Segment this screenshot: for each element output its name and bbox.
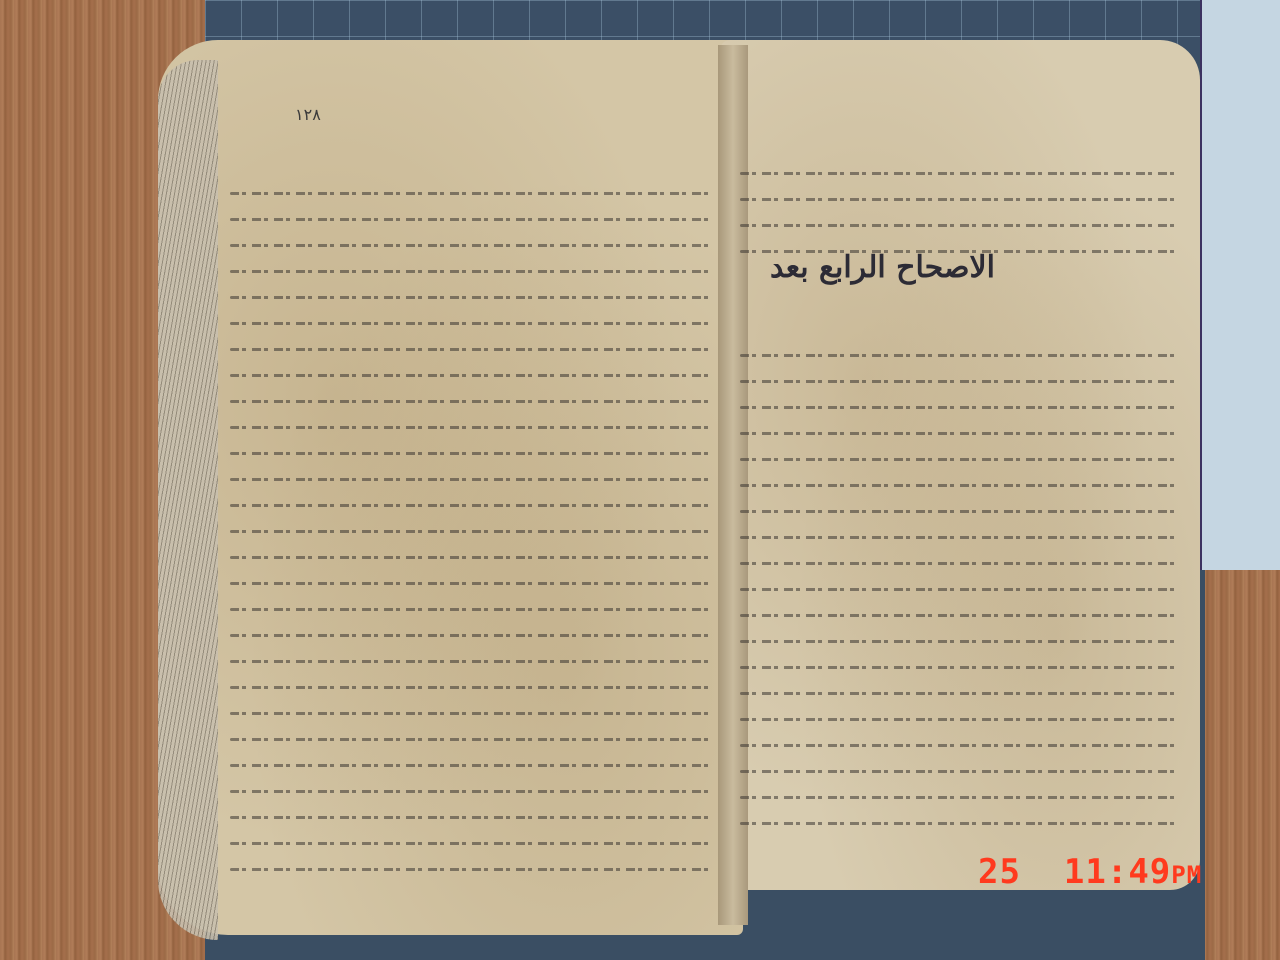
manuscript-line — [230, 206, 710, 232]
manuscript-line — [740, 784, 1180, 810]
manuscript-line — [740, 368, 1180, 394]
manuscript-line — [230, 726, 710, 752]
manuscript-line — [230, 284, 710, 310]
manuscript-line — [740, 238, 1180, 264]
manuscript-line — [230, 414, 710, 440]
left-page-text — [230, 180, 710, 882]
manuscript-line — [230, 674, 710, 700]
manuscript-line — [230, 310, 710, 336]
manuscript-line — [740, 446, 1180, 472]
manuscript-line — [740, 602, 1180, 628]
manuscript-line — [230, 544, 710, 570]
manuscript-line — [230, 492, 710, 518]
manuscript-line — [230, 648, 710, 674]
manuscript-line — [230, 804, 710, 830]
manuscript-line — [230, 622, 710, 648]
manuscript-line — [740, 732, 1180, 758]
manuscript-line — [230, 466, 710, 492]
manuscript-line — [740, 758, 1180, 784]
page-edges — [158, 60, 218, 940]
manuscript-line — [230, 336, 710, 362]
manuscript-line — [740, 212, 1180, 238]
manuscript-line — [740, 524, 1180, 550]
manuscript-line — [230, 856, 710, 882]
manuscript-line — [740, 628, 1180, 654]
timestamp-day: 25 — [978, 852, 1021, 892]
manuscript-line — [230, 232, 710, 258]
manuscript-line — [740, 706, 1180, 732]
timestamp-time: 11:49 — [1064, 852, 1171, 892]
manuscript-line — [230, 180, 710, 206]
manuscript-line — [230, 388, 710, 414]
manuscript-line — [740, 654, 1180, 680]
paper-sheet — [1200, 0, 1280, 570]
right-page-text — [740, 160, 1180, 836]
manuscript-line — [230, 362, 710, 388]
manuscript-line — [230, 570, 710, 596]
manuscript-line — [740, 394, 1180, 420]
manuscript-line — [740, 472, 1180, 498]
manuscript-line — [740, 550, 1180, 576]
manuscript-line — [230, 518, 710, 544]
manuscript-line — [230, 440, 710, 466]
manuscript-line — [740, 810, 1180, 836]
manuscript-line — [740, 576, 1180, 602]
manuscript-line — [230, 596, 710, 622]
timestamp-ampm: PM — [1171, 861, 1202, 889]
manuscript-line — [740, 160, 1180, 186]
manuscript-line — [740, 420, 1180, 446]
manuscript-line — [740, 680, 1180, 706]
manuscript-line — [230, 778, 710, 804]
manuscript-line — [230, 752, 710, 778]
manuscript-line — [230, 258, 710, 284]
manuscript-line — [740, 498, 1180, 524]
camera-timestamp: 25 11:49PM — [978, 852, 1202, 892]
folio-number: ١٢٨ — [295, 105, 321, 124]
manuscript-line — [740, 342, 1180, 368]
manuscript-line — [230, 830, 710, 856]
manuscript-line — [230, 700, 710, 726]
manuscript-line — [740, 186, 1180, 212]
